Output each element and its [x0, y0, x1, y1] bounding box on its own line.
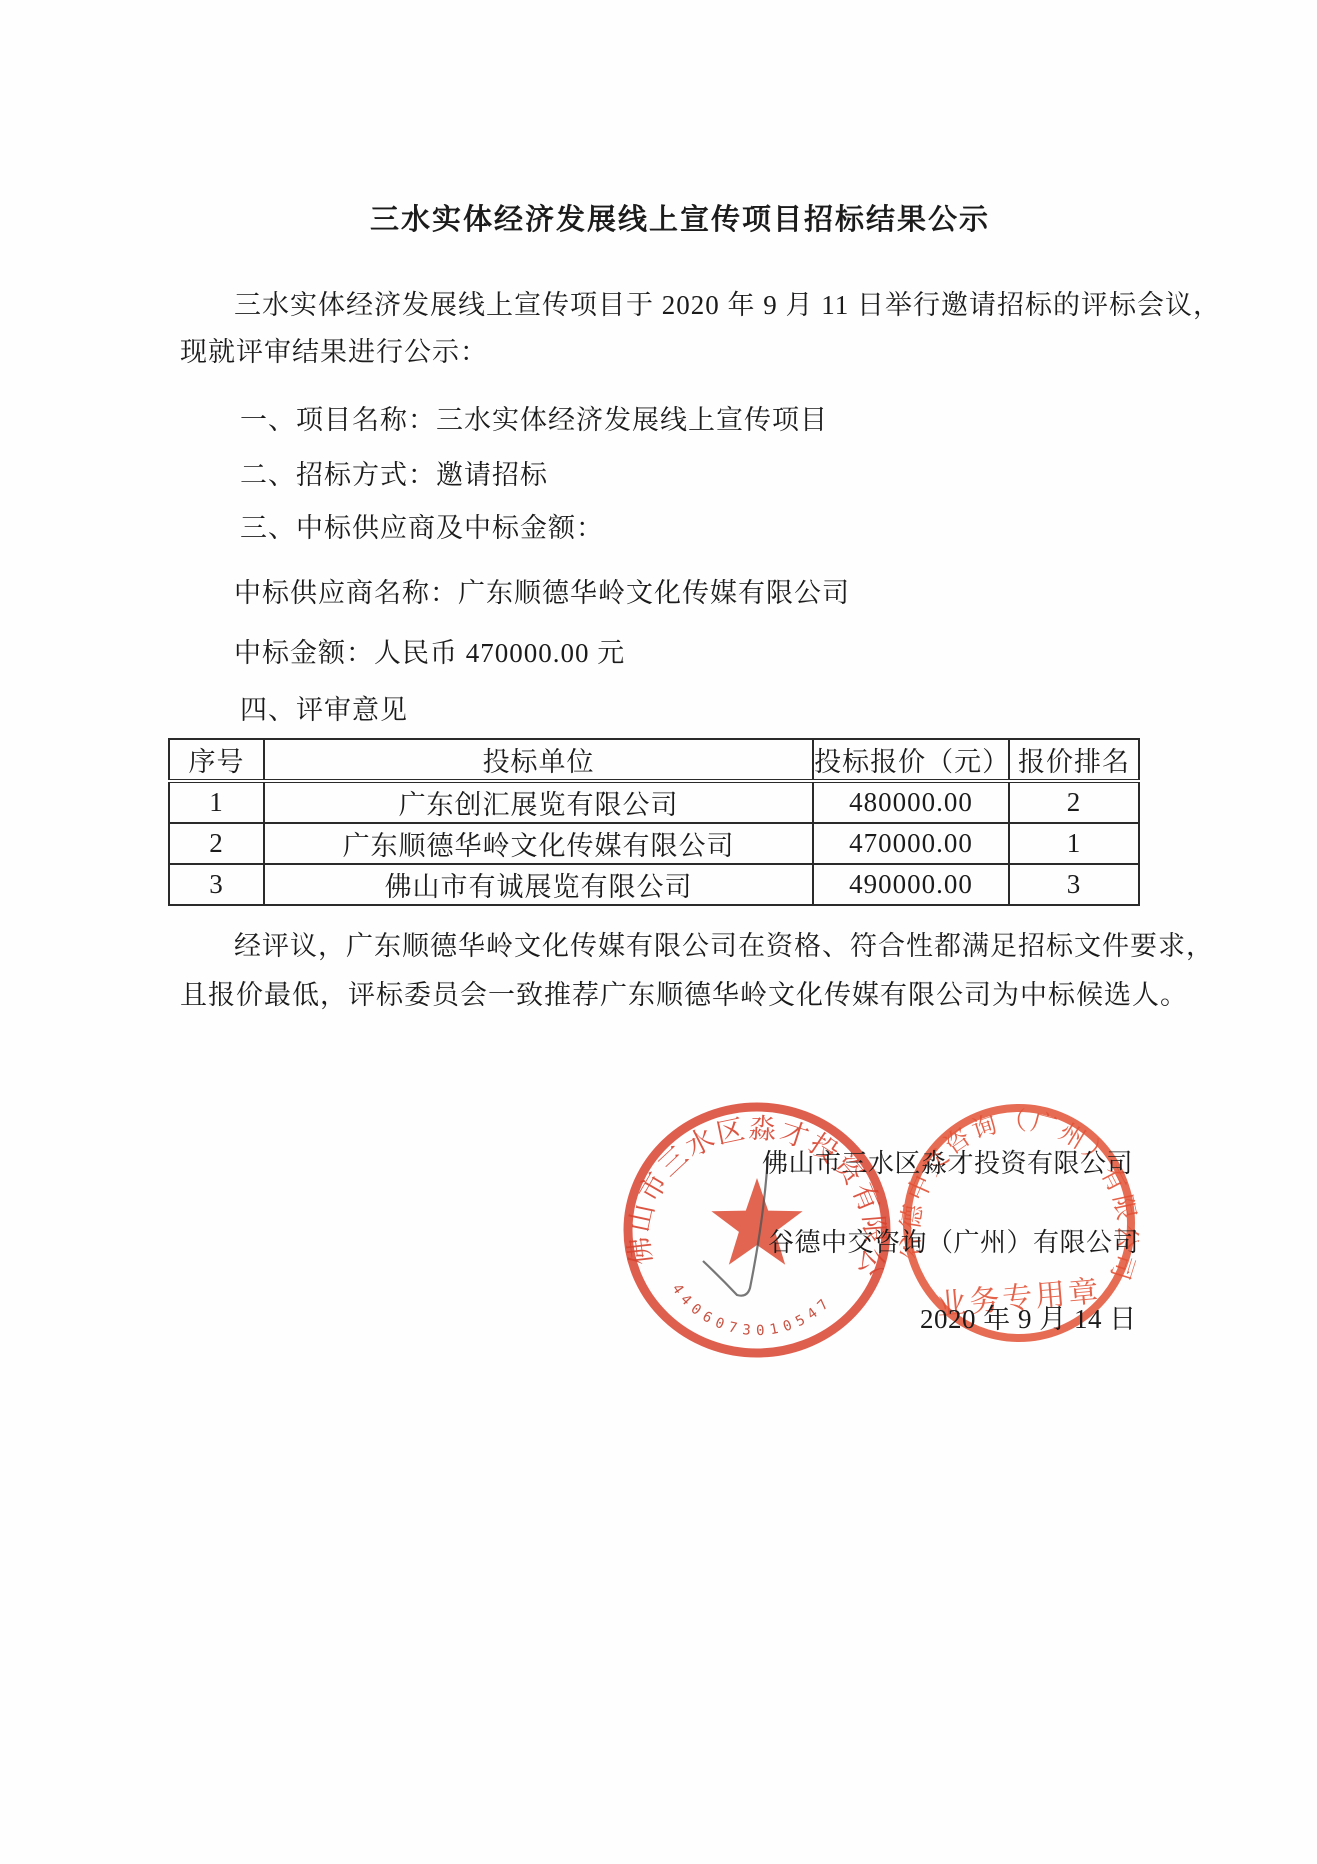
cell-serial-no: 1 — [169, 781, 264, 823]
winner-amount-line: 中标金额：人民币 470000.00 元 — [234, 631, 625, 670]
table-row: 1 广东创汇展览有限公司 480000.00 2 — [169, 781, 1139, 823]
cell-serial-no: 2 — [169, 823, 264, 864]
header-bidder: 投标单位 — [264, 739, 813, 781]
conclusion-line-2: 且报价最低，评标委员会一致推荐广东顺德华岭文化传媒有限公司为中标候选人。 — [180, 973, 1188, 1012]
table-row: 3 佛山市有诚展览有限公司 490000.00 3 — [169, 864, 1139, 905]
cell-price-rank: 3 — [1009, 864, 1139, 905]
signature-org1: 佛山市三水区淼才投资有限公司 — [762, 1143, 1133, 1180]
intro-line-2: 现就评审结果进行公示： — [180, 330, 488, 369]
winner-name-line: 中标供应商名称：广东顺德华岭文化传媒有限公司 — [234, 571, 850, 610]
conclusion-line-1: 经评议，广东顺德华岭文化传媒有限公司在资格、符合性都满足招标文件要求， — [180, 924, 1214, 963]
list-item-project-name: 一、项目名称：三水实体经济发展线上宣传项目 — [240, 398, 828, 437]
cell-bidder: 广东创汇展览有限公司 — [264, 781, 813, 823]
header-price-rank: 报价排名 — [1009, 739, 1139, 781]
scanned-document-page: 三水实体经济发展线上宣传项目招标结果公示 三水实体经济发展线上宣传项目于 202… — [0, 0, 1317, 1864]
review-heading: 四、评审意见 — [240, 688, 408, 727]
cell-bid-price: 470000.00 — [813, 823, 1009, 864]
signature-date: 2020 年 9 月 14 日 — [920, 1297, 1137, 1336]
svg-text:4406073010547: 4406073010547 — [668, 1281, 836, 1339]
cell-price-rank: 2 — [1009, 781, 1139, 823]
page-title: 三水实体经济发展线上宣传项目招标结果公示 — [180, 197, 1180, 238]
list-item-bid-method: 二、招标方式：邀请招标 — [240, 453, 548, 492]
cell-bidder: 佛山市有诚展览有限公司 — [264, 864, 813, 905]
cell-price-rank: 1 — [1009, 823, 1139, 864]
intro-line-1: 三水实体经济发展线上宣传项目于 2020 年 9 月 11 日举行邀请招标的评标… — [180, 283, 1221, 322]
seal-serial-number: 4406073010547 — [668, 1281, 836, 1339]
signature-org2: 谷德中交咨询（广州）有限公司 — [768, 1222, 1139, 1259]
header-serial-no: 序号 — [169, 739, 264, 781]
cell-bid-price: 490000.00 — [813, 864, 1009, 905]
table-row: 2 广东顺德华岭文化传媒有限公司 470000.00 1 — [169, 823, 1139, 864]
cell-bid-price: 480000.00 — [813, 781, 1009, 823]
header-bid-price: 投标报价（元） — [813, 739, 1009, 781]
cell-serial-no: 3 — [169, 864, 264, 905]
list-item-winner-heading: 三、中标供应商及中标金额： — [240, 506, 604, 545]
bid-result-table: 序号 投标单位 投标报价（元） 报价排名 1 广东创汇展览有限公司 480000… — [168, 738, 1140, 906]
cell-bidder: 广东顺德华岭文化传媒有限公司 — [264, 823, 813, 864]
table-header-row: 序号 投标单位 投标报价（元） 报价排名 — [169, 739, 1139, 781]
